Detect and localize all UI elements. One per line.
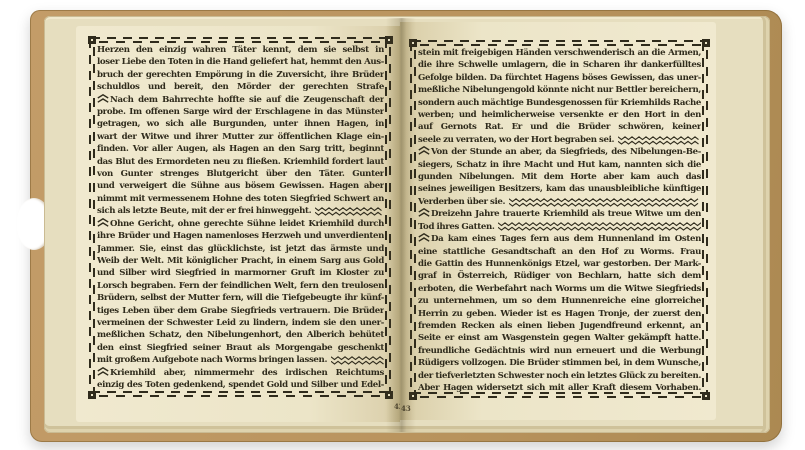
line-text: siegers, Schatz in ihre Macht und Hut ka…: [418, 160, 701, 171]
line-text: Tod ihres Gatten.: [418, 221, 494, 233]
text-line: Brüdern, selbst der Mutter fern, will di…: [97, 292, 384, 304]
line-text: finden. Vor aller Augen, als Hagen an de…: [97, 144, 384, 154]
text-line: den einst Siegfried seiner Braut als Mor…: [97, 342, 384, 354]
line-text: Verderben über sie.: [418, 196, 505, 208]
border-right-edge: [702, 42, 709, 397]
text-line: graf in Österreich, Rüdiger von Bechlarn…: [418, 270, 701, 282]
line-text: Jammer. Sie, einst das glücklichste, ist…: [97, 244, 384, 255]
border-bottom-edge: [412, 392, 707, 399]
line-text: den einst Siegfried seiner Braut als Mor…: [97, 343, 384, 354]
text-line: mit großem Aufgebote nach Worms bringen …: [97, 354, 384, 366]
line-text: probe. Im offenen Sarge wird der Erschla…: [97, 107, 384, 117]
line-text: vermeinen der Schwester Leid zu lindern,…: [97, 318, 384, 328]
line-text: der tiefverletzten Schwester noch ein le…: [418, 371, 701, 381]
zigzag-ornament: [509, 198, 701, 207]
border-corner-icon: [702, 392, 710, 400]
border-top-edge: [412, 40, 707, 47]
line-text: Von der Stunde an aber, da Siegfrieds, d…: [431, 147, 701, 157]
text-line: und Silber wird Siegfried in marmorner G…: [97, 267, 384, 279]
text-line: loser Liebe den Toten in die Hand gelief…: [97, 56, 384, 68]
line-text: meßlichen Schatz, den Nibelungenhort, de…: [97, 330, 384, 341]
line-text: Lorsch begraben. Fern der feindlichen We…: [97, 281, 384, 291]
text-line: Gefolge bilden. Da fürchtet Hagens böses…: [418, 72, 701, 84]
border-right-edge: [385, 39, 392, 396]
line-text: von Gunter strenges Blutgericht über den…: [97, 169, 384, 180]
line-text: freundliche Gedächtnis wird nun erneuert…: [418, 346, 701, 356]
line-text: und verweigert die Sühne aus bösem Gewis…: [97, 181, 384, 191]
line-text: Dreizehn Jahre trauerte Kriemhild als tr…: [431, 209, 701, 219]
text-line: Herzen den einzig wahren Täter kennt, de…: [97, 44, 384, 56]
line-text: erboten, die Werbefahrt nach Worms um di…: [418, 284, 701, 294]
line-text: Kriemhild aber, nimmermehr des irdischen…: [97, 368, 384, 379]
text-line: bruch der gerechten Empörung in die Zuve…: [97, 69, 384, 81]
text-line: sich als letzte Beute, mit der er frei h…: [97, 205, 384, 217]
line-text: Ohne Gericht, ohne gerechte Sühne leidet…: [110, 219, 384, 229]
line-text: gunden Nibelungen. Mit dem Horte aber ka…: [418, 172, 701, 183]
text-line: schuldlos und bereit, den Mörder der ger…: [97, 81, 384, 93]
text-line: probe. Im offenen Sarge wird der Erschla…: [97, 106, 384, 118]
right-page-border: stein mit freigebigen Händen verschwende…: [410, 40, 709, 399]
text-line: einzig des Toten gedenkend, spendet Gold…: [97, 379, 384, 391]
text-line: tiges Leben über dem Grabe Siegfrieds ve…: [97, 305, 384, 317]
text-line: wart der Witwe und ihrer Mutter zur öffe…: [97, 131, 384, 143]
line-text: seines jeweiligen Besitzers, kam das una…: [418, 184, 701, 194]
text-line: Jammer. Sie, einst das glücklichste, ist…: [97, 243, 384, 255]
border-corner-icon: [409, 39, 417, 47]
line-text: seele zu verraten, wo der Hort begraben …: [418, 134, 614, 146]
line-text: die Gattin des Hunnenkönigs Etzel, war g…: [418, 259, 701, 269]
text-line: die ihre Schwelle umlagern, die in Schar…: [418, 59, 701, 71]
text-line: meßlichen Schatz, den Nibelungenhort, de…: [97, 329, 384, 341]
line-text: Da kam eines Tages fern aus dem Hunnenla…: [431, 234, 701, 244]
paragraph-mark-icon: [97, 218, 109, 227]
text-line: getragen, wo sich alle Burgunden, unter …: [97, 118, 384, 130]
text-line: von Gunter strenges Blutgericht über den…: [97, 168, 384, 180]
text-line: Kriemhild aber, nimmermehr des irdischen…: [97, 367, 384, 379]
border-corner-icon: [409, 392, 417, 400]
border-left-edge: [89, 39, 96, 396]
line-text: zu unternehmen, um so dem Hunnenreiche e…: [418, 296, 701, 307]
right-page: stein mit freigebigen Händen verschwende…: [400, 22, 716, 420]
line-text: mit großem Aufgebote nach Worms bringen …: [97, 354, 327, 366]
text-line: Lorsch begraben. Fern der feindlichen We…: [97, 280, 384, 292]
line-text: Gefolge bilden. Da fürchtet Hagens böses…: [418, 73, 701, 83]
line-text: wart der Witwe und ihrer Mutter zur öffe…: [97, 132, 384, 142]
line-text: meßliche Nibelungengold könnte nicht nur…: [418, 85, 701, 95]
text-line: Nach dem Bahrrechte hoffte sie auf die Z…: [97, 94, 384, 106]
line-text: Weib der Welt. Mit königlicher Pracht, i…: [97, 256, 384, 266]
line-text: graf in Österreich, Rüdiger von Bechlarn…: [418, 271, 701, 282]
left-text-column: Herzen den einzig wahren Täter kennt, de…: [97, 44, 384, 392]
left-page: Herzen den einzig wahren Täter kennt, de…: [76, 26, 400, 422]
text-line: der tiefverletzten Schwester noch ein le…: [418, 370, 701, 382]
text-line: vermeinen der Schwester Leid zu lindern,…: [97, 317, 384, 329]
line-text: sondern auch mächtige Bundesgenossen für…: [418, 98, 701, 108]
paragraph-mark-icon: [418, 208, 430, 217]
text-line: werben; und heimlicherweise versenkte er…: [418, 109, 701, 121]
border-bottom-edge: [91, 391, 390, 398]
line-text: Brüdern, selbst der Mutter fern, will di…: [97, 293, 384, 303]
line-text: bruch der gerechten Empörung in die Zuve…: [97, 70, 384, 81]
line-text: Aber Hagen widersetzt sich mit aller Kra…: [418, 383, 701, 393]
text-line: gunden Nibelungen. Mit dem Horte aber ka…: [418, 171, 701, 183]
text-line: Herrin zu geben. Wieder ist es Hagen Tro…: [418, 308, 701, 320]
zigzag-ornament: [618, 136, 701, 145]
paragraph-mark-icon: [97, 94, 109, 103]
line-text: auf Gernots Rat. Er und die Brüder schwö…: [418, 122, 701, 133]
line-text: das Blut des Ermordeten neu zu fließen. …: [97, 157, 384, 167]
text-line: Verderben über sie.: [418, 196, 701, 208]
line-text: eine stattliche Gesandtschaft an den Hof…: [418, 247, 701, 258]
paragraph-mark-icon: [418, 146, 430, 155]
text-line: finden. Vor aller Augen, als Hagen an de…: [97, 143, 384, 155]
text-line: seele zu verraten, wo der Hort begraben …: [418, 134, 701, 146]
line-text: nimmt mit vermessenem Hohne des toten Si…: [97, 194, 384, 204]
right-text-column: stein mit freigebigen Händen verschwende…: [418, 47, 701, 393]
line-text: sich als letzte Beute, mit der er frei h…: [97, 205, 311, 217]
text-line: Rüdigers vollzogen. Die Brüder stimmen b…: [418, 357, 701, 369]
line-text: Herrin zu geben. Wieder ist es Hagen Tro…: [418, 309, 701, 319]
text-line: das Blut des Ermordeten neu zu fließen. …: [97, 156, 384, 168]
page-number: 43: [401, 404, 411, 413]
border-corner-icon: [385, 391, 393, 399]
zigzag-ornament: [315, 207, 384, 216]
border-top-edge: [91, 37, 390, 44]
text-line: Weib der Welt. Mit königlicher Pracht, i…: [97, 255, 384, 267]
text-line: freundliche Gedächtnis wird nun erneuert…: [418, 345, 701, 357]
line-text: Nach dem Bahrrechte hoffte sie auf die Z…: [97, 95, 384, 106]
text-line: meßliche Nibelungengold könnte nicht nur…: [418, 84, 701, 96]
line-text: ihre Brüder und Hagen namenloses Herzweh…: [97, 231, 384, 241]
line-text: werben; und heimlicherweise versenkte er…: [418, 110, 701, 121]
text-line: erboten, die Werbefahrt nach Worms um di…: [418, 283, 701, 295]
text-line: Tod ihres Gatten.: [418, 221, 701, 233]
line-text: stein mit freigebigen Händen verschwende…: [418, 48, 701, 58]
text-line: ihre Brüder und Hagen namenloses Herzweh…: [97, 230, 384, 242]
line-text: getragen, wo sich alle Burgunden, unter …: [97, 119, 384, 130]
open-book: Herzen den einzig wahren Täter kennt, de…: [30, 10, 782, 442]
text-line: sondern auch mächtige Bundesgenossen für…: [418, 97, 701, 109]
line-text: fremden Recken als einen lieben Jugendfr…: [418, 321, 701, 332]
text-line: Seite er einst am Wasgenstein gegen Walt…: [418, 332, 701, 344]
text-line: auf Gernots Rat. Er und die Brüder schwö…: [418, 121, 701, 133]
line-text: loser Liebe den Toten in die Hand gelief…: [97, 57, 384, 67]
text-line: Ohne Gericht, ohne gerechte Sühne leidet…: [97, 218, 384, 230]
left-page-border: Herzen den einzig wahren Täter kennt, de…: [89, 37, 392, 398]
text-line: zu unternehmen, um so dem Hunnenreiche e…: [418, 295, 701, 307]
line-text: Rüdigers vollzogen. Die Brüder stimmen b…: [418, 358, 701, 368]
text-line: Von der Stunde an aber, da Siegfrieds, d…: [418, 146, 701, 158]
border-corner-icon: [88, 391, 96, 399]
text-line: stein mit freigebigen Händen verschwende…: [418, 47, 701, 59]
text-line: und verweigert die Sühne aus bösem Gewis…: [97, 180, 384, 192]
paragraph-mark-icon: [418, 233, 430, 242]
text-line: die Gattin des Hunnenkönigs Etzel, war g…: [418, 258, 701, 270]
zigzag-ornament: [498, 222, 701, 231]
border-corner-icon: [88, 36, 96, 44]
text-line: Aber Hagen widersetzt sich mit aller Kra…: [418, 382, 701, 393]
line-text: einzig des Toten gedenkend, spendet Gold…: [97, 380, 384, 390]
border-left-edge: [410, 42, 417, 397]
line-text: tiges Leben über dem Grabe Siegfrieds ve…: [97, 306, 384, 316]
line-text: und Silber wird Siegfried in marmorner G…: [97, 268, 384, 278]
text-line: siegers, Schatz in ihre Macht und Hut ka…: [418, 159, 701, 171]
text-line: fremden Recken als einen lieben Jugendfr…: [418, 320, 701, 332]
paragraph-mark-icon: [97, 367, 109, 376]
line-text: schuldlos und bereit, den Mörder der ger…: [97, 82, 384, 93]
zigzag-ornament: [331, 356, 384, 365]
line-text: die ihre Schwelle umlagern, die in Schar…: [418, 60, 701, 70]
line-text: Herzen den einzig wahren Täter kennt, de…: [97, 45, 384, 56]
text-line: eine stattliche Gesandtschaft an den Hof…: [418, 246, 701, 258]
line-text: Seite er einst am Wasgenstein gegen Walt…: [418, 333, 701, 344]
text-line: Da kam eines Tages fern aus dem Hunnenla…: [418, 233, 701, 245]
border-corner-icon: [702, 39, 710, 47]
text-line: Dreizehn Jahre trauerte Kriemhild als tr…: [418, 208, 701, 220]
border-corner-icon: [385, 36, 393, 44]
text-line: nimmt mit vermessenem Hohne des toten Si…: [97, 193, 384, 205]
text-line: seines jeweiligen Besitzers, kam das una…: [418, 183, 701, 195]
